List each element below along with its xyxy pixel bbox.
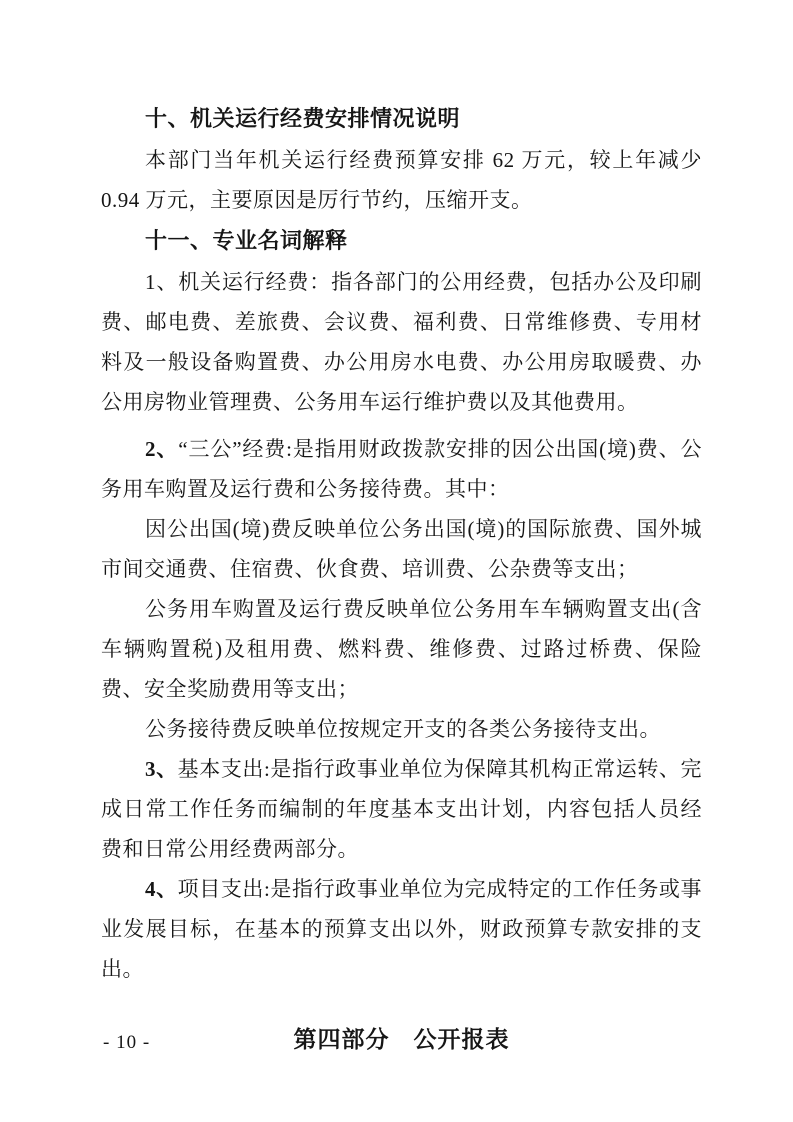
paragraph-reception-expense-detail: 公务接待费反映单位按规定开支的各类公务接待支出。 bbox=[101, 709, 702, 749]
document-body: 十、机关运行经费安排情况说明 本部门当年机关运行经费预算安排 62 万元，较上年… bbox=[101, 98, 702, 1059]
page-number: - 10 - bbox=[103, 1030, 150, 1056]
term-text-4: 项目支出:是指行政事业单位为完成特定的工作任务或事业发展目标，在基本的预算支出以… bbox=[101, 877, 702, 981]
term-number-4: 4、 bbox=[145, 877, 178, 901]
term-agency-operating-funds: 1、机关运行经费：指各部门的公用经费，包括办公及印刷费、邮电费、差旅费、会议费、… bbox=[101, 262, 702, 422]
term-number-1: 1、 bbox=[145, 270, 178, 294]
term-three-public-funds: 2、“三公”经费:是指用财政拨款安排的因公出国(境)费、公务用车购置及运行费和公… bbox=[101, 429, 702, 509]
term-text-2: “三公”经费:是指用财政拨款安排的因公出国(境)费、公务用车购置及运行费和公务接… bbox=[101, 437, 702, 501]
paragraph-vehicle-expense-detail: 公务用车购置及运行费反映单位公务用车车辆购置支出(含车辆购置税)及租用费、燃料费… bbox=[101, 589, 702, 709]
term-project-expenditure: 4、项目支出:是指行政事业单位为完成特定的工作任务或事业发展目标，在基本的预算支… bbox=[101, 869, 702, 989]
term-text-3: 基本支出:是指行政事业单位为保障其机构正常运转、完成日常工作任务而编制的年度基本… bbox=[101, 757, 702, 861]
document-page: 十、机关运行经费安排情况说明 本部门当年机关运行经费预算安排 62 万元，较上年… bbox=[0, 0, 793, 1122]
paragraph-abroad-expense-detail: 因公出国(境)费反映单位公务出国(境)的国际旅费、国外城市间交通费、住宿费、伙食… bbox=[101, 509, 702, 589]
term-basic-expenditure: 3、基本支出:是指行政事业单位为保障其机构正常运转、完成日常工作任务而编制的年度… bbox=[101, 749, 702, 869]
term-text-1: 机关运行经费：指各部门的公用经费，包括办公及印刷费、邮电费、差旅费、会议费、福利… bbox=[101, 270, 702, 414]
paragraph-operating-funds-summary: 本部门当年机关运行经费预算安排 62 万元，较上年减少 0.94 万元，主要原因… bbox=[101, 140, 702, 220]
section-heading-glossary: 十一、专业名词解释 bbox=[101, 220, 702, 262]
term-number-3: 3、 bbox=[145, 757, 178, 781]
section-heading-operating-funds: 十、机关运行经费安排情况说明 bbox=[101, 98, 702, 140]
part-four-heading: 第四部分 公开报表 bbox=[101, 1019, 702, 1059]
term-number-2: 2、 bbox=[145, 437, 178, 461]
